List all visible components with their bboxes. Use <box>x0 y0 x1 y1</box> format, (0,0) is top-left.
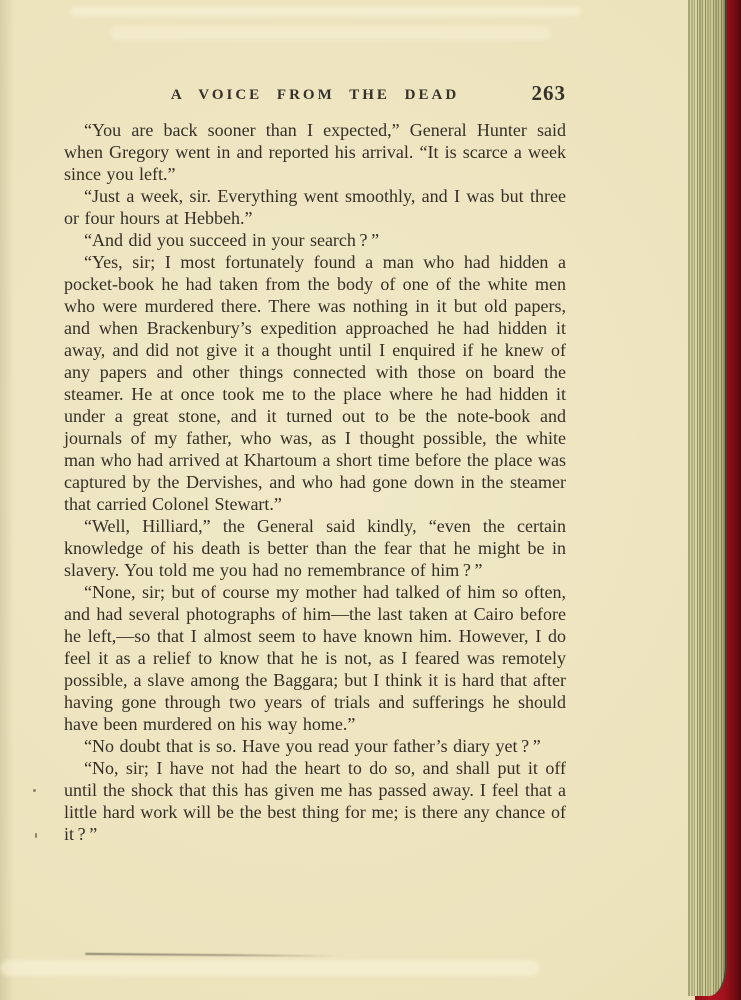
running-head: A VOICE FROM THE DEAD 263 <box>64 84 566 110</box>
paragraph: “No doubt that is so. Have you read your… <box>64 735 566 757</box>
paragraph: “Well, Hilliard,” the General said kindl… <box>64 515 566 581</box>
stacked-page-edges <box>688 0 727 996</box>
left-page-shadow <box>0 0 14 1000</box>
page-number: 263 <box>532 81 567 106</box>
paragraph: “Yes, sir; I most fortunately found a ma… <box>64 251 566 515</box>
paragraph: “You are back sooner than I expected,” G… <box>64 119 566 185</box>
chapter-running-title: A VOICE FROM THE DEAD <box>64 87 566 104</box>
paragraph: “Just a week, sir. Everything went smoot… <box>64 185 566 229</box>
paragraph: “None, sir; but of course my mother had … <box>64 581 566 735</box>
ink-speck <box>35 833 37 838</box>
paragraph: “And did you succeed in your search ? ” <box>64 229 566 251</box>
page-body-text: “You are back sooner than I expected,” G… <box>64 119 566 845</box>
paragraph: “No, sir; I have not had the heart to do… <box>64 757 566 845</box>
ink-speck <box>33 789 36 792</box>
